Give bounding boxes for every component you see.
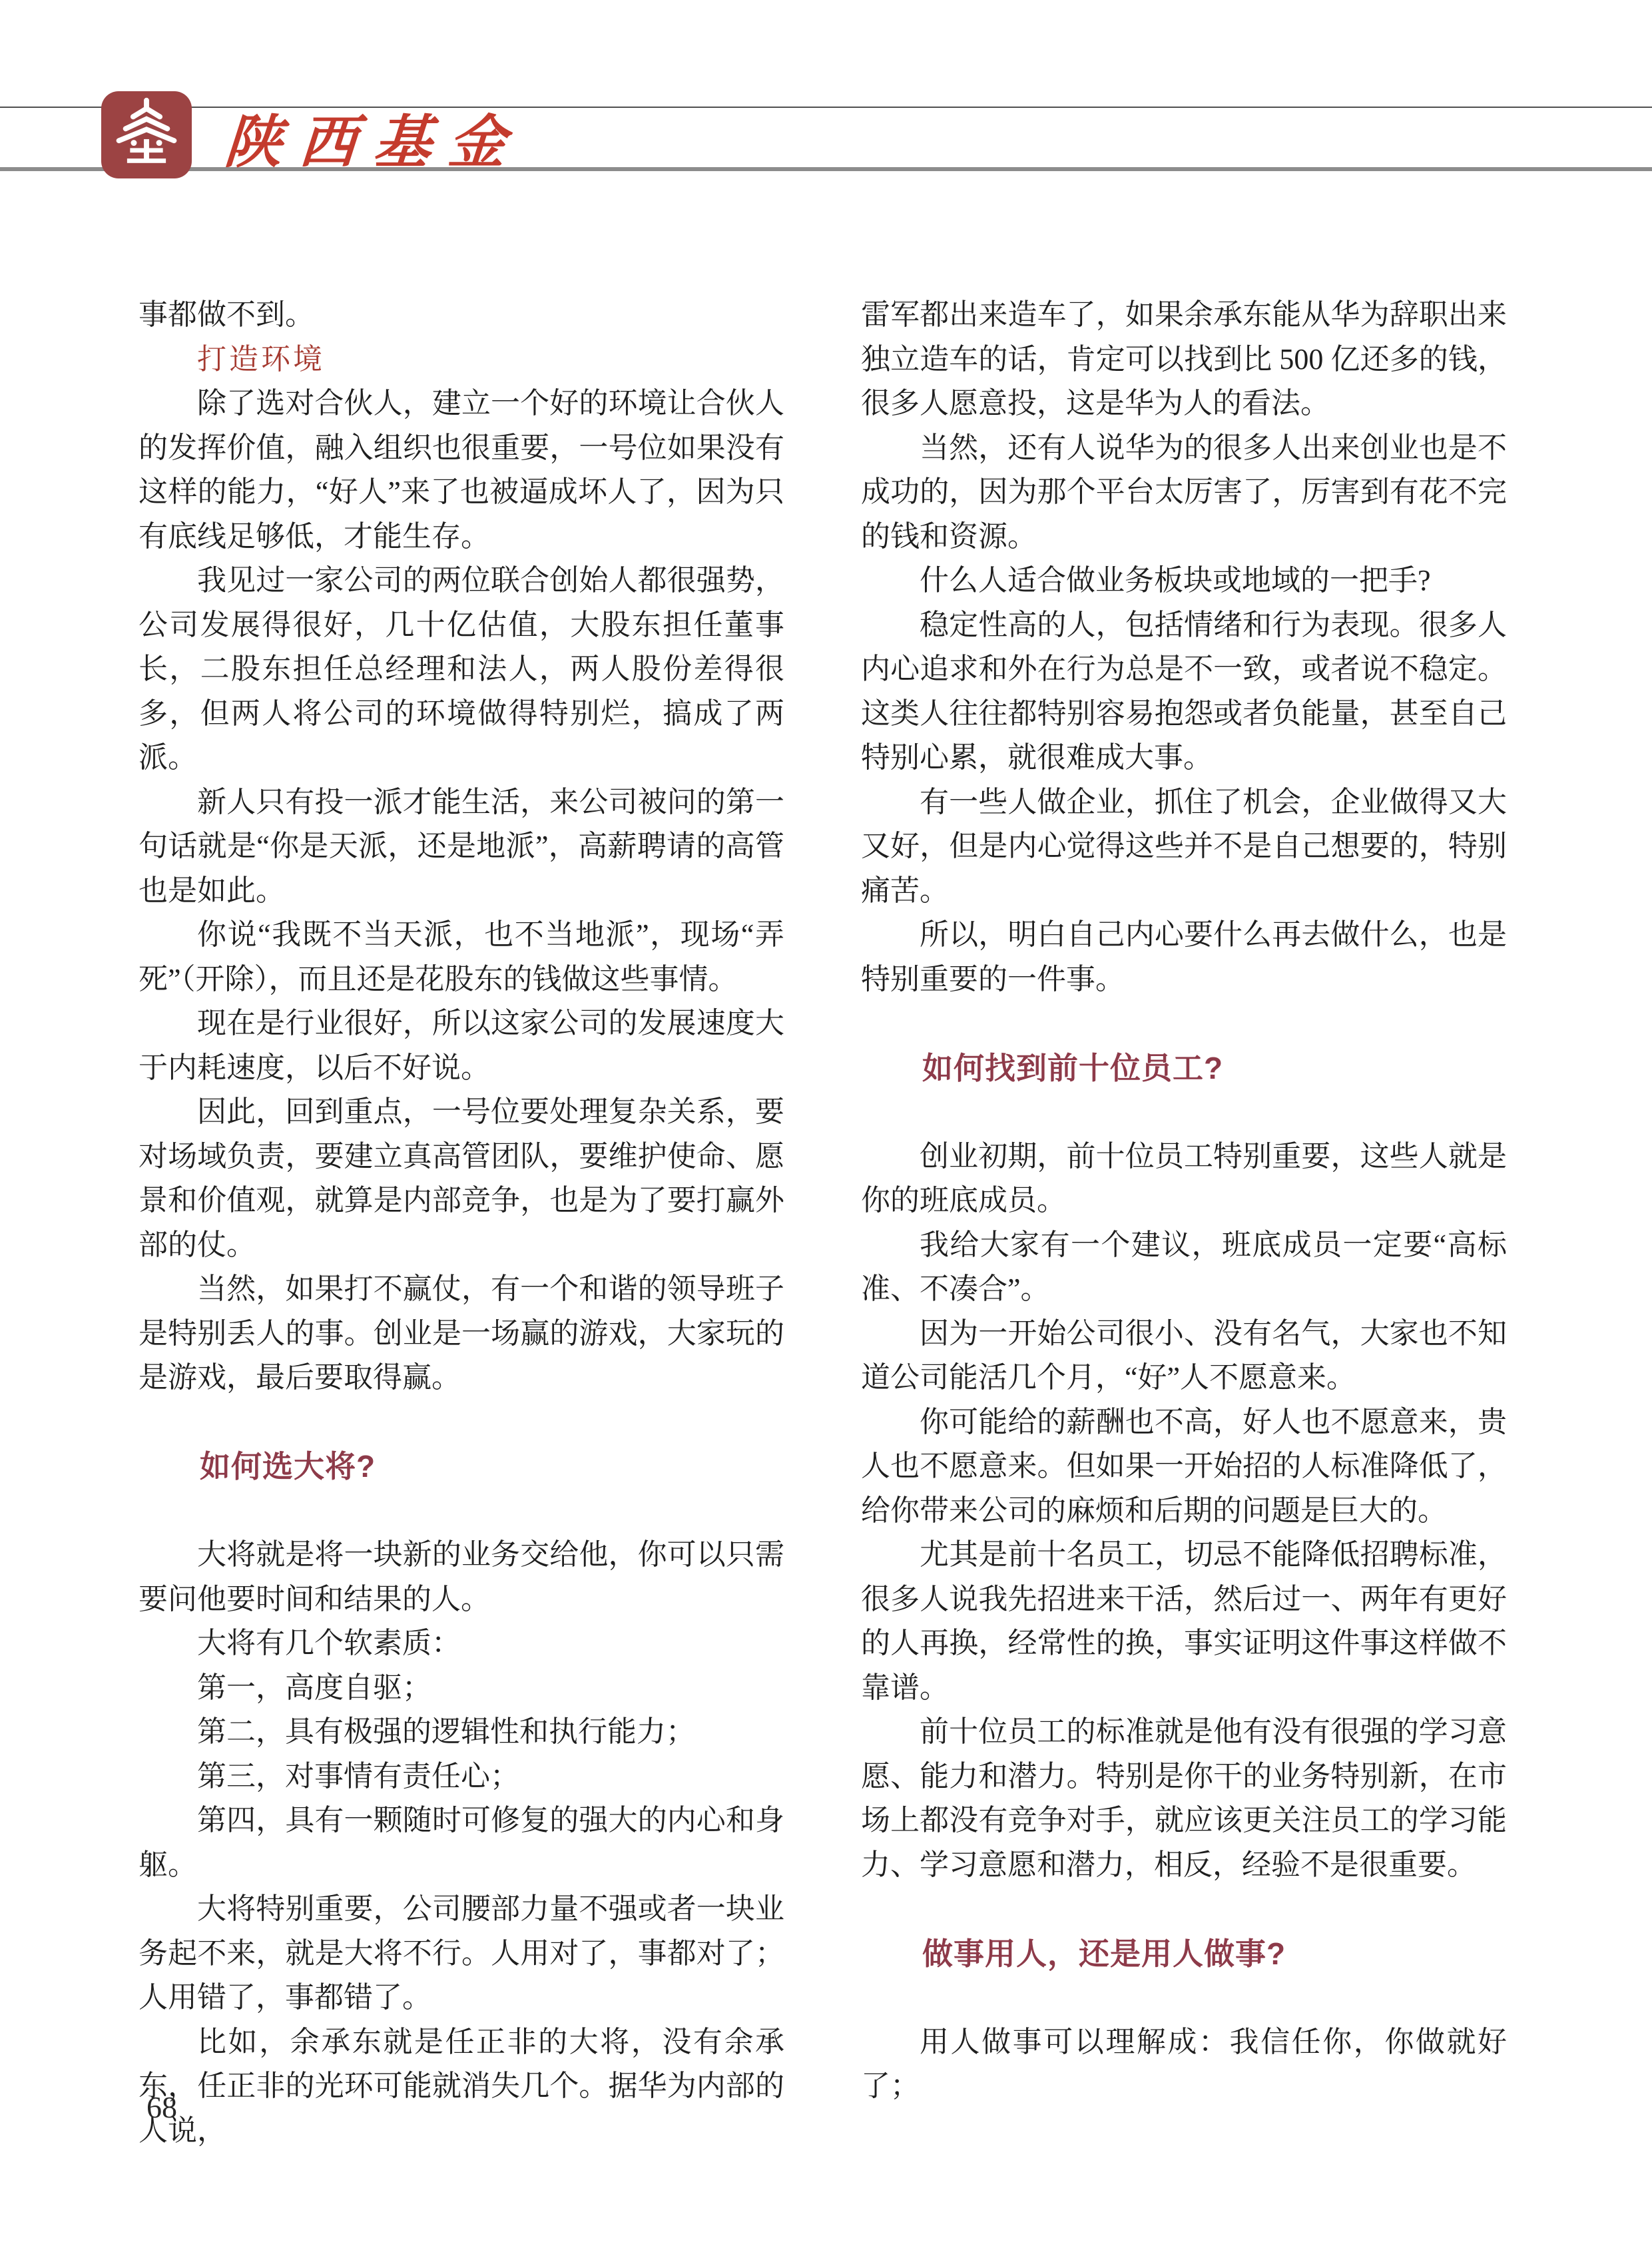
paragraph: 当然，如果打不赢仗，有一个和谐的领导班子是特别丢人的事。创业是一场赢的游戏，大家… (138, 1267, 784, 1400)
brand-logo (101, 91, 192, 178)
paragraph: 所以，明白自己内心要什么再去做什么，也是特别重要的一件事。 (861, 913, 1507, 1001)
paragraph: 有一些人做企业，抓住了机会，企业做得又大又好，但是内心觉得这些并不是自己想要的，… (861, 780, 1507, 914)
paragraph: 你说“我既不当天派，也不当地派”，现场“弄死”（开除），而且还是花股东的钱做这些… (138, 913, 784, 1001)
paragraph: 比如，余承东就是任正非的大将，没有余承东，任正非的光环可能就消失几个。据华为内部… (138, 2020, 784, 2153)
paragraph: 事都做不到。 (138, 293, 784, 338)
paragraph: 我见过一家公司的两位联合创始人都很强势，公司发展得很好，几十亿估值，大股东担任董… (138, 559, 784, 780)
paragraph: 因此，回到重点，一号位要处理复杂关系，要对场域负责，要建立真高管团队，要维护使命… (138, 1090, 784, 1267)
paragraph: 大将特别重要，公司腰部力量不强或者一块业务起不来，就是大将不行。人用对了，事都对… (138, 1887, 784, 2020)
magazine-page: 陕西基金 事都做不到。打造环境除了选对合伙人，建立一个好的环境让合伙人的发挥价值… (0, 0, 1652, 2242)
pagoda-seal-icon (109, 96, 184, 174)
section-heading: 如何选大将? (138, 1444, 784, 1489)
paragraph: 因为一开始公司很小、没有名气，大家也不知道公司能活几个月，“好”人不愿意来。 (861, 1312, 1507, 1400)
paragraph: 用人做事可以理解成：我信任你，你做就好了； (861, 2020, 1507, 2109)
paragraph: 第四，具有一颗随时可修复的强大的内心和身躯。 (138, 1799, 784, 1887)
section-heading: 如何找到前十位员工? (861, 1046, 1507, 1091)
brand-title: 陕西基金 (222, 101, 526, 173)
sub-heading: 打造环境 (138, 338, 784, 382)
page-number: 68 (146, 2090, 177, 2125)
paragraph: 雷军都出来造车了，如果余承东能从华为辞职出来独立造车的话，肯定可以找到比 500… (861, 293, 1507, 426)
paragraph: 除了选对合伙人，建立一个好的环境让合伙人的发挥价值，融入组织也很重要，一号位如果… (138, 382, 784, 559)
paragraph: 尤其是前十名员工，切忌不能降低招聘标准，很多人说我先招进来干活，然后过一、两年有… (861, 1533, 1507, 1710)
paragraph: 我给大家有一个建议，班底成员一定要“高标准、不凑合”。 (861, 1223, 1507, 1312)
paragraph: 第三，对事情有责任心； (138, 1755, 784, 1799)
paragraph: 创业初期，前十位员工特别重要，这些人就是你的班底成员。 (861, 1135, 1507, 1223)
paragraph: 第二，具有极强的逻辑性和执行能力； (138, 1710, 784, 1755)
paragraph: 你可能给的薪酬也不高，好人也不愿意来，贵人也不愿意来。但如果一开始招的人标准降低… (861, 1400, 1507, 1534)
text-column-left: 事都做不到。打造环境除了选对合伙人，建立一个好的环境让合伙人的发挥价值，融入组织… (138, 293, 784, 2153)
paragraph: 现在是行业很好，所以这家公司的发展速度大于内耗速度，以后不好说。 (138, 1001, 784, 1090)
section-heading: 做事用人，还是用人做事? (861, 1932, 1507, 1976)
text-column-right: 雷军都出来造车了，如果余承东能从华为辞职出来独立造车的话，肯定可以找到比 500… (861, 293, 1507, 2109)
paragraph: 大将有几个软素质： (138, 1621, 784, 1666)
paragraph: 第一，高度自驱； (138, 1666, 784, 1711)
paragraph: 当然，还有人说华为的很多人出来创业也是不成功的，因为那个平台太厉害了，厉害到有花… (861, 426, 1507, 559)
paragraph: 大将就是将一块新的业务交给他，你可以只需要问他要时间和结果的人。 (138, 1533, 784, 1621)
paragraph: 前十位员工的标准就是他有没有很强的学习意愿、能力和潜力。特别是你干的业务特别新，… (861, 1710, 1507, 1887)
paragraph: 稳定性高的人，包括情绪和行为表现。很多人内心追求和外在行为总是不一致，或者说不稳… (861, 603, 1507, 780)
paragraph: 什么人适合做业务板块或地域的一把手? (861, 559, 1507, 603)
paragraph: 新人只有投一派才能生活，来公司被问的第一句话就是“你是天派，还是地派”，高薪聘请… (138, 780, 784, 914)
